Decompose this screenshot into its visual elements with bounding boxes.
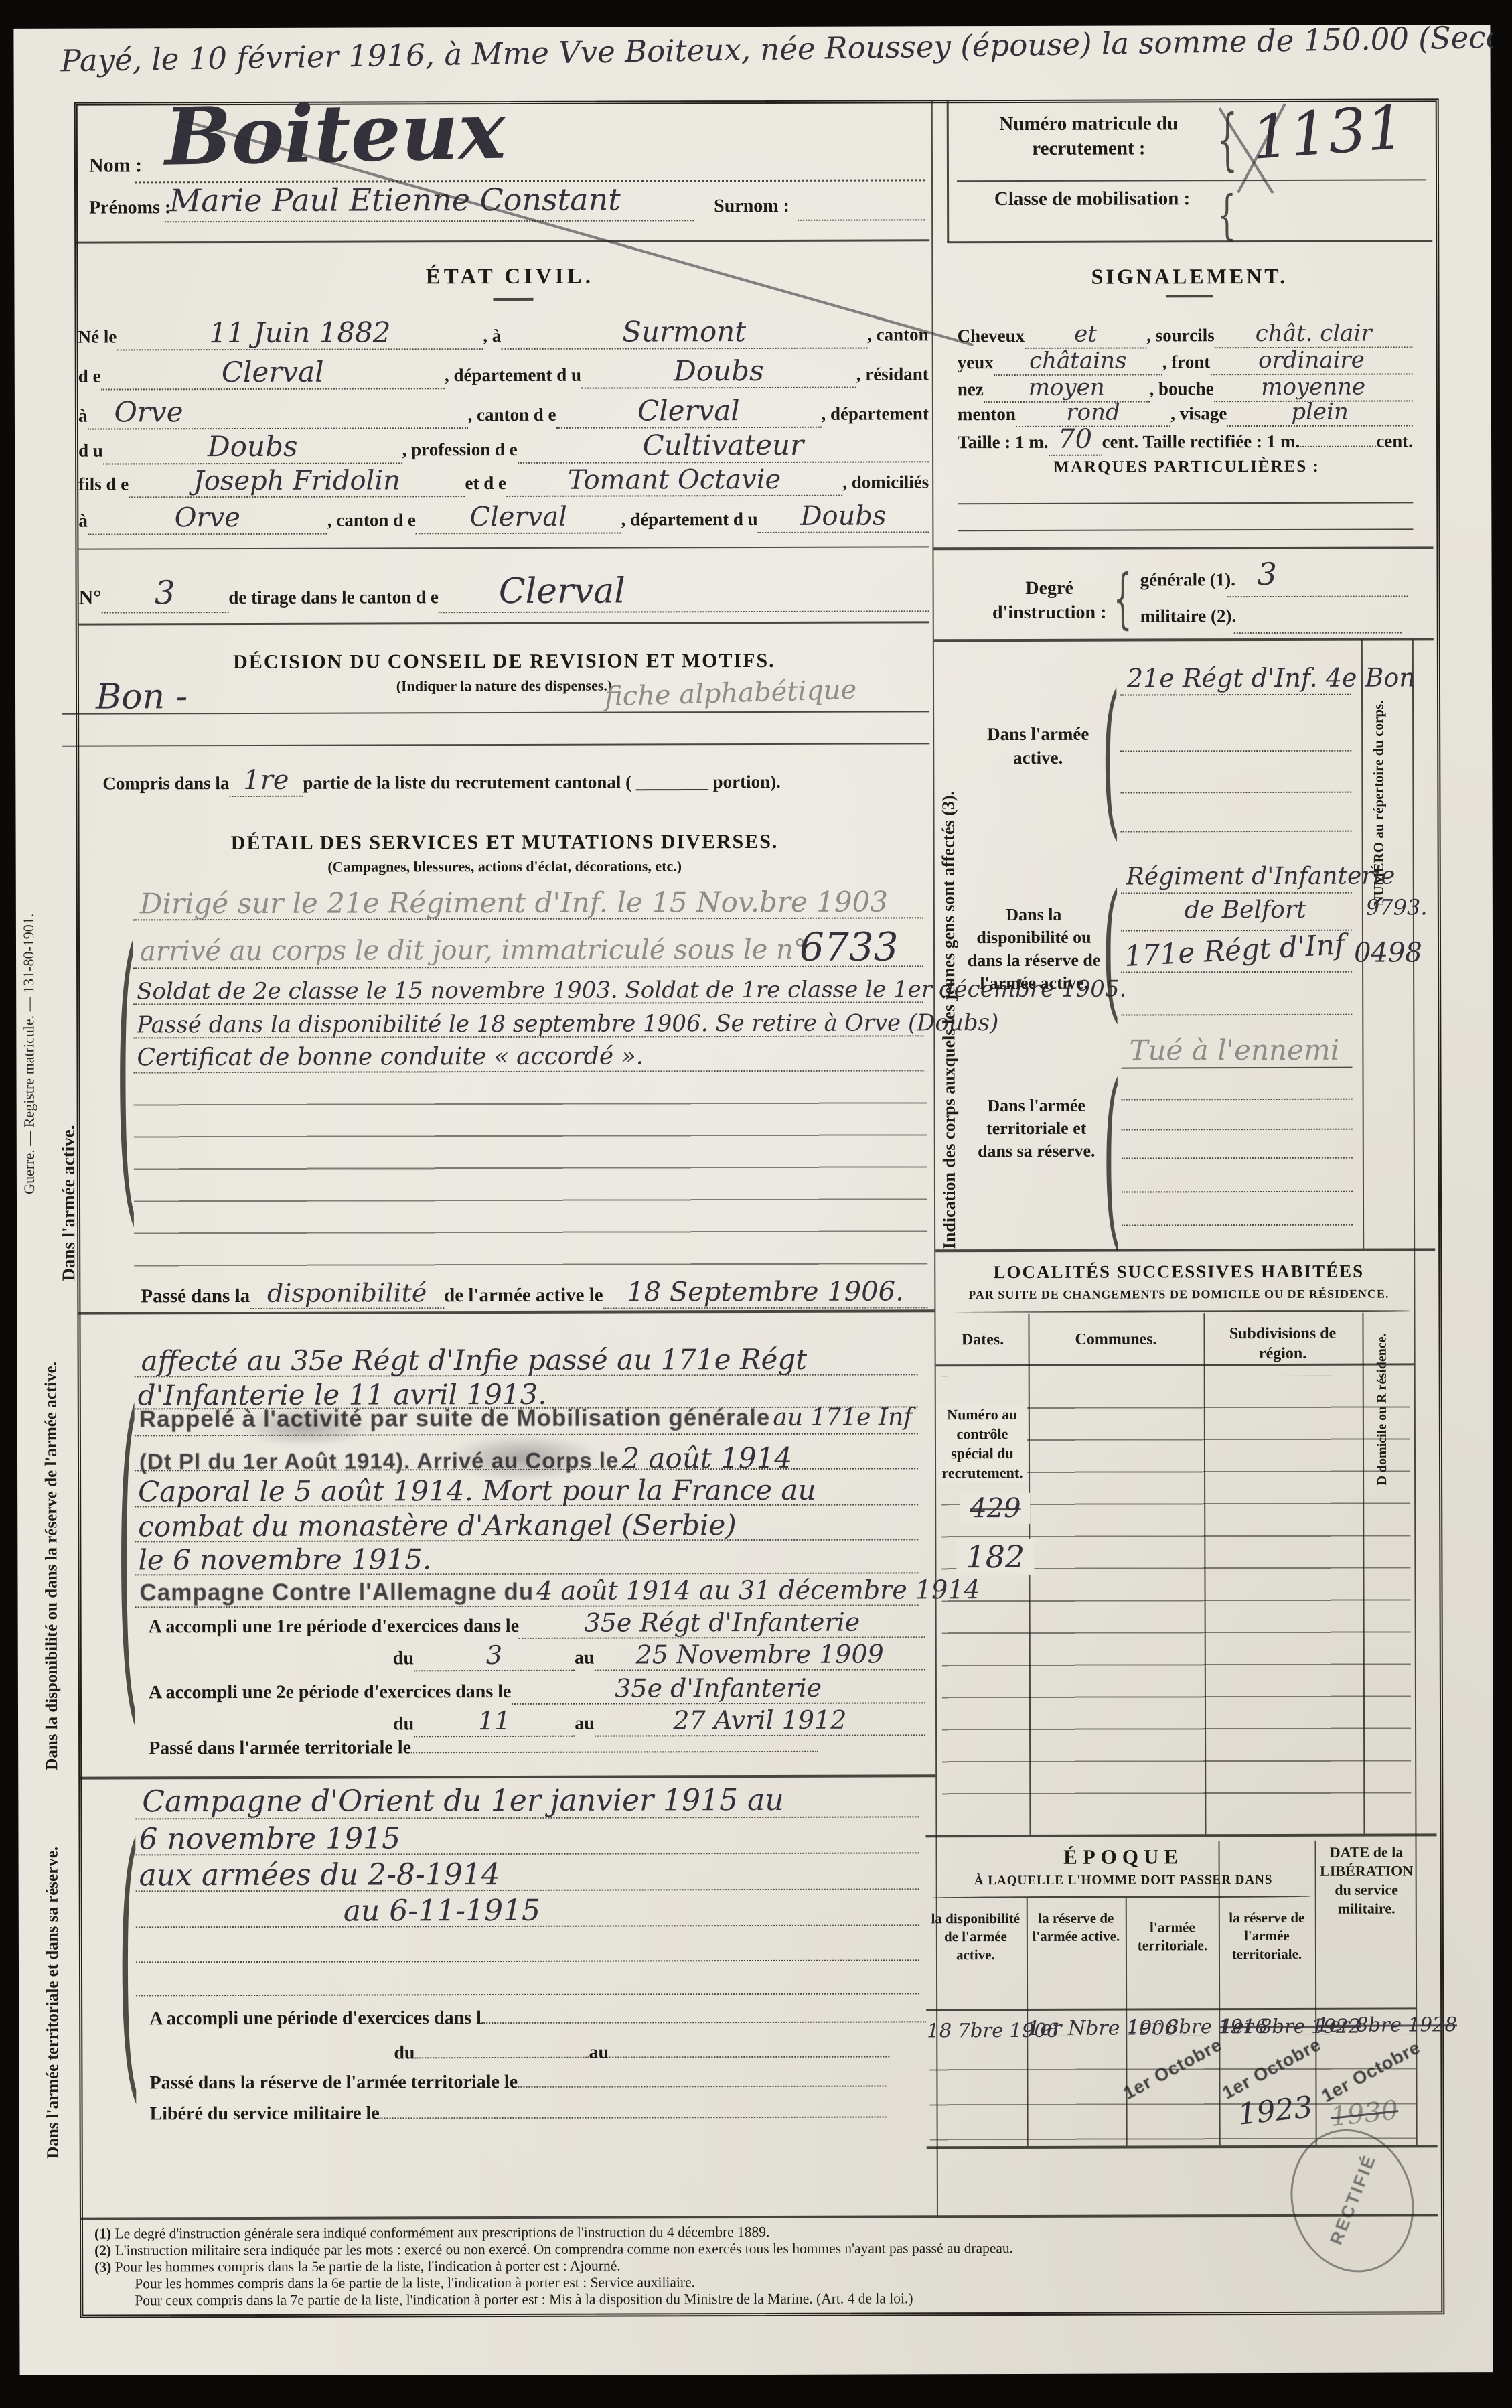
scanned-military-register-page: { "document": { "top_annotation": "Payé,…: [0, 0, 1512, 2408]
degre-label: Degré d'instruction :: [988, 577, 1112, 625]
cheveux-label: Cheveux: [958, 326, 1025, 346]
matricule-cell-left-border: [947, 101, 950, 242]
visage-label: , visage: [1170, 403, 1227, 424]
terr-periode-label: A accompli une période d'exercices dans …: [149, 2007, 481, 2030]
cheveux-value: et: [1025, 320, 1146, 348]
campagne-allemagne-row: Campagne Contre l'Allemagne du 4 août 19…: [139, 1575, 980, 1606]
etat-civil-line-2: d e Clerval , département d u Doubs , ré…: [78, 354, 929, 390]
prenoms-value: Marie Paul Etienne Constant: [169, 182, 621, 219]
localites-col-communes: Communes.: [1030, 1330, 1203, 1349]
domicilies-label: , domiciliés: [842, 472, 929, 492]
profession-de-label: , profession d e: [402, 439, 518, 460]
domicile-value: Orve: [88, 502, 327, 535]
footnote-3-number: (3): [94, 2259, 111, 2275]
epoque-col5-value: 1er 8bre 1928: [1316, 2013, 1414, 2036]
residence-dept-value: Doubs: [103, 429, 402, 464]
passe-reserve-blank: [518, 2085, 886, 2087]
corps-active-value: 21e Régt d'Inf. 4e Bon: [1127, 662, 1416, 693]
taille-suffix-label: cent. Taille rectifiée : 1 m.: [1102, 431, 1300, 453]
epoque-col2-label: la réserve de l'armée active.: [1029, 1910, 1124, 1946]
epoque-col4-label: la réserve de l'armée territoriale.: [1221, 1909, 1312, 1963]
service-line-1: Dirigé sur le 21e Régiment d'Inf. le 15 …: [140, 885, 888, 920]
signalement-line-1: Cheveux et , sourcils chât. clair: [958, 320, 1413, 349]
service-line-2: arrivé au corps le dit jour, immatriculé…: [140, 934, 807, 967]
controle-num-2: 182: [956, 1539, 1034, 1575]
terr-periode-dates-row: du au: [394, 2041, 889, 2064]
a3-label: à: [78, 511, 88, 532]
etat-civil-line-4: d u Doubs , profession d e Cultivateur: [78, 428, 929, 464]
terr-periode-blank: [481, 2021, 926, 2024]
front-label: , front: [1162, 352, 1211, 372]
terr-au-blank: [609, 2056, 889, 2058]
taille-suffix2-label: cent.: [1376, 431, 1413, 451]
departement-label: , département: [821, 403, 929, 424]
service-line-5: Certificat de bonne conduite « accordé »…: [137, 1042, 644, 1071]
militaire-label: militaire (2).: [1140, 606, 1237, 626]
passe-value: disponibilité: [250, 1278, 444, 1309]
birth-date-value: 11 Juin 1882: [117, 315, 483, 350]
nez-label: nez: [958, 379, 984, 400]
passe-prefix-label: Passé dans la: [141, 1285, 250, 1307]
epoque-col1-label: la disponibilité de l'armée active.: [927, 1910, 1025, 1964]
periode2-row: A accompli une 2e période d'exercices da…: [149, 1673, 925, 1705]
terr-line-2: 6 novembre 1915: [139, 1821, 400, 1856]
periode2-dates-row: du 11 au 27 Avril 1912: [393, 1705, 925, 1737]
mobilisation-stamp-row: Rappelé à l'activité par suite de Mobili…: [139, 1403, 913, 1433]
decision-value: Bon -: [96, 677, 187, 717]
armee-active-side-label: Dans l'armée active.: [58, 960, 79, 1281]
terr-au-label: au: [589, 2042, 609, 2064]
tirage-row: N° 3 de tirage dans le canton d e Clerva…: [79, 570, 929, 614]
periode1-dates-row: du 3 au 25 Novembre 1909: [393, 1639, 925, 1671]
passe-date-value: 18 Septembre 1906.: [603, 1276, 928, 1309]
yeux-value: châtains: [994, 347, 1162, 376]
corps-dispo-num-1: 9793.: [1366, 894, 1428, 920]
corps-dispo-num-2: 0498: [1354, 937, 1422, 968]
territoriale-side-label: Dans l'armée territoriale et dans sa rés…: [42, 1824, 82, 2159]
de-label: d e: [78, 366, 101, 387]
birth-place-value: Surmont: [501, 315, 867, 350]
localites-title: LOCALITÉS SUCCESSIVES HABITÉES: [961, 1261, 1396, 1283]
domicile-dept-value: Doubs: [758, 500, 929, 533]
classe-label: Classe de mobilisation :: [988, 186, 1196, 212]
territoriale-brace: (: [117, 1786, 140, 2128]
generale-value: 3: [1257, 556, 1276, 592]
passe-middle-label: de l'armée active le: [444, 1285, 603, 1307]
periode2-to-value: 27 Avril 1912: [595, 1705, 925, 1736]
periode1-label: A accompli une 1re période d'exercices d…: [149, 1616, 520, 1638]
signalement-title: SIGNALEMENT.: [1049, 264, 1330, 289]
matricule-value: 1131: [1249, 92, 1407, 173]
corps-territoriale-value: Tué à l'ennemi: [1129, 1034, 1339, 1067]
fils-de-label: fils d e: [78, 474, 129, 494]
localites-subtitle: PAR SUITE DE CHANGEMENTS DE DOMICILE OU …: [951, 1287, 1406, 1302]
epoque-date-header: DATE de la LIBÉRATION du service militai…: [1319, 1843, 1414, 1918]
services-subtitle: (Campagnes, blessures, actions d'éclat, …: [237, 857, 773, 876]
dispo-line-5: le 6 novembre 1915.: [138, 1543, 431, 1576]
periode2-label: A accompli une 2e période d'exercices da…: [149, 1681, 512, 1703]
passe-disponibilite-row: Passé dans la disponibilité de l'armée a…: [141, 1276, 927, 1310]
passe-reserve-row: Passé dans la réserve de l'armée territo…: [149, 2070, 886, 2094]
corps-terr-brace: (: [1102, 1044, 1121, 1269]
residence-canton-value: Clerval: [556, 394, 821, 429]
mother-value: Tomant Octavie: [506, 464, 842, 497]
epoque-blank-rows: [929, 2034, 1416, 2143]
tirage-no-label: N°: [79, 587, 102, 610]
canton-de-label: , canton d e: [467, 405, 556, 425]
decision-title: DÉCISION DU CONSEIL DE REVISION ET MOTIF…: [136, 650, 873, 675]
libere-blank: [380, 2116, 887, 2119]
front-value: ordinaire: [1210, 346, 1413, 375]
nom-value: Boiteux: [163, 84, 506, 184]
sourcils-label: , sourcils: [1146, 325, 1215, 346]
ne-le-label: Né le: [78, 326, 117, 347]
birth-dept-value: Doubs: [581, 354, 856, 389]
passe-territoriale-label: Passé dans l'armée territoriale le: [149, 1737, 411, 1759]
localites-col-dates: Dates.: [936, 1331, 1030, 1349]
compris-row: Compris dans la 1re partie de la liste d…: [102, 763, 893, 797]
corps-dispo-value-2: de Belfort: [1185, 896, 1306, 924]
terr-du-label: du: [394, 2042, 414, 2064]
compris-prefix-label: Compris dans la: [102, 773, 229, 794]
taille-rectifiee-blank: [1300, 446, 1376, 447]
marques-label: MARQUES PARTICULIÈRES :: [1006, 457, 1367, 477]
taille-label: Taille : 1 m.: [958, 432, 1049, 453]
terr-du-blank: [415, 2057, 589, 2059]
libere-label: Libéré du service militaire le: [150, 2103, 380, 2125]
mobilisation-stamp-handwriting: au 171e Inf: [773, 1403, 912, 1431]
terr-periode-row: A accompli une période d'exercices dans …: [149, 2006, 926, 2030]
periode1-du-label: du: [393, 1648, 414, 1669]
domicile-canton-value: Clerval: [416, 502, 621, 535]
dispo-line-3: Caporal le 5 août 1914. Mort pour la Fra…: [138, 1474, 816, 1508]
surnom-label: Surnom :: [714, 196, 789, 217]
compris-value: 1re: [229, 765, 303, 797]
et-de-label: et d e: [465, 473, 506, 494]
footnote-5-text: Pour ceux compris dans la 7e partie de l…: [135, 2290, 913, 2308]
signalement-line-2: yeux châtains , front ordinaire: [958, 346, 1413, 376]
residence-value: Orve: [87, 395, 467, 429]
paper-sheet: Payé, le 10 février 1916, à Mme Vve Boit…: [13, 25, 1496, 2377]
passe-territoriale-blank: [411, 1751, 818, 1754]
localites-col-subdivisions: Subdivisions de région.: [1205, 1324, 1359, 1364]
blank-ruled-lines-armee-active: [133, 1071, 927, 1269]
periode1-row: A accompli une 1re période d'exercices d…: [149, 1607, 925, 1640]
terr-line-1: Campagne d'Orient du 1er janvier 1915 au: [142, 1783, 783, 1819]
signalement-line-5: Taille : 1 m. 70 cent. Taille rectifiée …: [958, 423, 1413, 456]
etat-civil-line-6: à Orve , canton d e Clerval , départemen…: [78, 500, 929, 535]
tirage-number: 3: [101, 574, 228, 613]
footnote-2-text: L'instruction militaire sera indiquée pa…: [115, 2240, 1014, 2259]
footnote-2-number: (2): [94, 2243, 111, 2259]
menton-label: menton: [958, 404, 1016, 425]
a2-label: à: [78, 406, 88, 427]
margin-series-note: Guerre. — Registre matricule. — 131-80-1…: [19, 792, 38, 1194]
disponibilite-side-label: Dans la disponibilité ou dans la réserve…: [42, 1355, 82, 1770]
epoque-col3-label: l'armée territoriale.: [1129, 1918, 1216, 1955]
corps-active-brace: (: [1102, 659, 1120, 857]
footnotes-block: (1) Le degré d'instruction générale sera…: [94, 2222, 1420, 2309]
etat-civil-line-5: fils d e Joseph Fridolin et d e Tomant O…: [78, 464, 929, 498]
etat-civil-line-3: à Orve , canton d e Clerval , départemen…: [78, 393, 929, 429]
matricule-label: Numéro matricule du recrutement :: [965, 111, 1213, 161]
footnote-3-text: Pour les hommes compris dans la 5e parti…: [115, 2258, 621, 2275]
sourcils-value: chât. clair: [1215, 320, 1413, 348]
etat-civil-title-rule: [493, 298, 533, 301]
service-line-2-number: 6733: [800, 924, 899, 969]
services-title: DÉTAIL DES SERVICES ET MUTATIONS DIVERSE…: [137, 831, 873, 855]
generale-label: générale (1).: [1140, 569, 1236, 590]
controle-header: Numéro au contrôle spécial du recrutemen…: [937, 1405, 1027, 1482]
service-line-4: Passé dans la disponibilité le 18 septem…: [137, 1009, 998, 1038]
epoque-title: ÉPOQUE: [1003, 1845, 1244, 1869]
corps-active-label: Dans l'armée active.: [974, 723, 1102, 770]
father-value: Joseph Fridolin: [129, 465, 465, 498]
yeux-label: yeux: [958, 352, 994, 373]
corps-dispo-value-1: Régiment d'Infanterie: [1126, 862, 1395, 890]
birth-canton-value: Clerval: [100, 355, 445, 390]
corps-side-label: Indication des corps auxquels les jeunes…: [938, 686, 960, 1249]
periode1-to-value: 25 Novembre 1909: [594, 1639, 925, 1671]
departement-du2-label: , département d u: [621, 509, 758, 530]
corps-dispo-label: Dans la disponibilité ou dans la réserve…: [967, 904, 1101, 995]
footnote-1-text: Le degré d'instruction générale sera ind…: [115, 2224, 769, 2242]
dispo-line-1: affecté au 35e Régt d'Infie passé au 171…: [141, 1343, 808, 1378]
disponibilite-brace: (: [117, 1342, 139, 1756]
dispo-line-4: combat du monastère d'Arkangel (Serbie): [138, 1508, 737, 1543]
corps-territoriale-label: Dans l'armée territoriale et dans sa rés…: [973, 1094, 1100, 1163]
libere-row: Libéré du service militaire le: [150, 2101, 887, 2125]
top-payment-annotation: Payé, le 10 février 1916, à Mme Vve Boit…: [60, 21, 1373, 78]
footnote-1-number: (1): [94, 2226, 111, 2242]
campagne-allemagne-dates: 4 août 1914 au 31 décembre 1914: [536, 1575, 980, 1606]
degre-brace: {: [1114, 562, 1132, 637]
nom-label: Nom :: [89, 154, 142, 177]
corps-dispo-brace: (: [1102, 862, 1121, 1038]
mobilisation-stamp-text: Rappelé à l'activité par suite de Mobili…: [139, 1405, 771, 1432]
terr-line-4: au 6-11-1915: [344, 1894, 540, 1928]
bouche-label: , bouche: [1149, 378, 1213, 399]
departement-du-label: , département d u: [445, 365, 581, 386]
residant-label: , résidant: [856, 364, 929, 384]
passe-territoriale-row: Passé dans l'armée territoriale le: [149, 1736, 818, 1760]
taille-value: 70: [1048, 424, 1102, 456]
canton-suffix-label: , canton: [867, 324, 929, 345]
periode2-au-label: au: [575, 1713, 595, 1735]
periode1-from-value: 3: [414, 1640, 575, 1672]
prenoms-label: Prénoms :: [89, 197, 171, 218]
profession-value: Cultivateur: [518, 428, 929, 464]
signalement-title-rule: [1166, 295, 1213, 297]
etat-civil-title: ÉTAT CIVIL.: [335, 264, 684, 289]
footnote-5: Pour ceux compris dans la 7e partie de l…: [94, 2289, 1420, 2309]
epoque-subtitle: À LAQUELLE L'HOMME DOIT PASSER DANS: [950, 1873, 1298, 1888]
periode1-value: 35e Régt d'Infanterie: [519, 1607, 925, 1639]
controle-num-1: 429: [960, 1493, 1030, 1524]
terr-line-3: aux armées du 2-8-1914: [139, 1857, 500, 1892]
a-label: , à: [483, 326, 501, 346]
periode2-value: 35e d'Infanterie: [511, 1673, 925, 1705]
scan-edge-bottom: [0, 2375, 1512, 2408]
tirage-text-label: de tirage dans le canton d e: [228, 587, 439, 608]
periode2-du-label: du: [393, 1713, 414, 1735]
footnote-4-text: Pour les hommes compris dans la 6e parti…: [135, 2274, 695, 2291]
scan-edge-right: [1493, 0, 1512, 2408]
canton-de2-label: , canton d e: [327, 510, 416, 530]
etat-civil-line-1: Né le 11 Juin 1882 , à Surmont , canton: [78, 314, 929, 350]
passe-reserve-label: Passé dans la réserve de l'armée territo…: [149, 2072, 518, 2094]
du-label: d u: [78, 441, 103, 462]
compris-suffix-label: partie de la liste du recrutement canton…: [303, 772, 781, 794]
classe-brace: {: [1217, 185, 1236, 246]
tirage-canton-value: Clerval: [439, 570, 929, 613]
periode2-from-value: 11: [414, 1706, 575, 1738]
campagne-allemagne-stamp: Campagne Contre l'Allemagne du: [139, 1579, 534, 1606]
periode1-au-label: au: [575, 1648, 595, 1669]
